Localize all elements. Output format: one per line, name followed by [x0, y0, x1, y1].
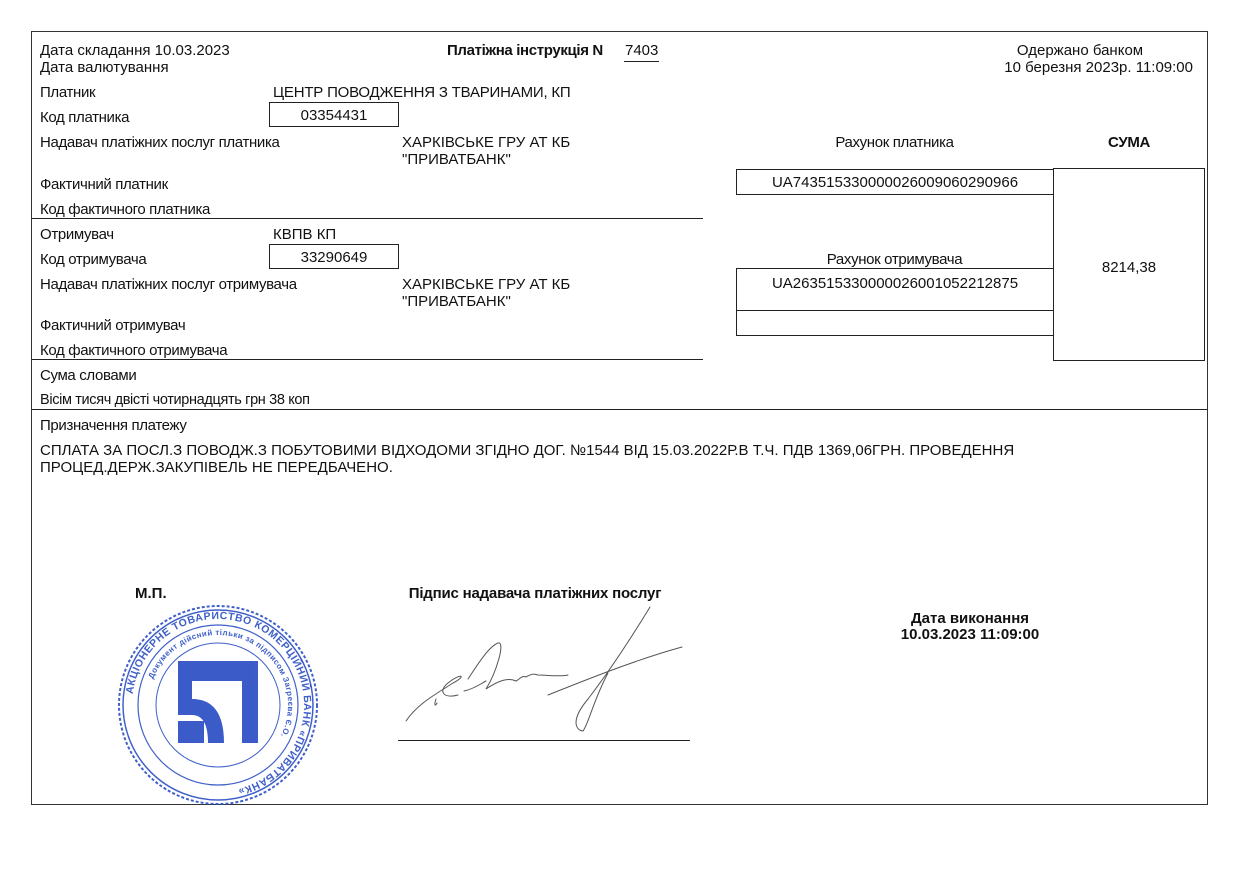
amount-label: СУМА	[1054, 134, 1204, 151]
purpose-line2: ПРОЦЕД.ДЕРЖ.ЗАКУПІВЕЛЬ НЕ ПЕРЕДБАЧЕНО.	[40, 459, 393, 476]
svg-text:АКЦІОНЕРНЕ ТОВАРИСТВО КОМЕРЦІЙ: АКЦІОНЕРНЕ ТОВАРИСТВО КОМЕРЦІЙНИЙ БАНК «…	[124, 610, 313, 798]
payer-section-divider	[32, 218, 703, 219]
date-compiled-value: 10.03.2023	[155, 42, 230, 59]
payer-bank-line1: ХАРКІВСЬКЕ ГРУ АТ КБ	[402, 134, 570, 151]
signature-line	[398, 740, 690, 741]
recipient-label: Отримувач	[40, 226, 114, 243]
execution-label: Дата виконання	[860, 610, 1080, 627]
date-compiled: Дата складання 10.03.2023	[40, 42, 230, 59]
recipient-name: КВПВ КП	[273, 226, 336, 243]
recipient-bank-line2: "ПРИВАТБАНК"	[402, 293, 511, 310]
payer-bank-label: Надавач платіжних послуг платника	[40, 134, 279, 151]
payer-code-field: 03354431	[269, 102, 399, 127]
received-label: Одержано банком	[980, 42, 1180, 59]
payer-label: Платник	[40, 84, 95, 101]
date-compiled-label: Дата складання	[40, 42, 151, 59]
amount-field: 8214,38	[1053, 168, 1205, 361]
actual-recipient-code-label: Код фактичного отримувача	[40, 342, 227, 359]
doc-title: Платіжна інструкція N	[447, 42, 603, 59]
recipient-account-label: Рахунок отримувача	[736, 251, 1053, 268]
signature-icon	[398, 603, 688, 738]
actual-recipient-label: Фактичний отримувач	[40, 317, 185, 334]
recipient-account-field: UA263515330000026001052212875	[736, 268, 1054, 311]
actual-payer-label: Фактичний платник	[40, 176, 168, 193]
payer-bank-line2: "ПРИВАТБАНК"	[402, 151, 511, 168]
signature-label: Підпис надавача платіжних послуг	[385, 585, 685, 602]
privatbank-stamp-icon: АКЦІОНЕРНЕ ТОВАРИСТВО КОМЕРЦІЙНИЙ БАНК «…	[116, 603, 320, 807]
recipient-code-label: Код отримувача	[40, 251, 146, 268]
recipient-bank-line1: ХАРКІВСЬКЕ ГРУ АТ КБ	[402, 276, 570, 293]
stamp-label: М.П.	[135, 585, 167, 602]
received-datetime: 10 березня 2023р. 11:09:00	[960, 59, 1193, 76]
recipient-code-field: 33290649	[269, 244, 399, 269]
doc-number: 7403	[624, 42, 659, 62]
amount-words: Вісім тисяч двісті чотирнадцять грн 38 к…	[40, 392, 310, 409]
amount-words-divider	[32, 409, 1207, 410]
recipient-section-divider	[32, 359, 703, 360]
value-date-label: Дата валютування	[40, 59, 169, 76]
payer-account-field: UA743515330000026009060290966	[736, 169, 1054, 195]
actual-payer-code-label: Код фактичного платника	[40, 201, 210, 218]
purpose-label: Призначення платежу	[40, 417, 187, 434]
payer-name: ЦЕНТР ПОВОДЖЕННЯ З ТВАРИНАМИ, КП	[273, 84, 571, 101]
amount-words-label: Сума словами	[40, 367, 136, 384]
execution-datetime: 10.03.2023 11:09:00	[860, 626, 1080, 643]
recipient-extra-account-field	[736, 310, 1054, 336]
purpose-line1: СПЛАТА ЗА ПОСЛ.З ПОВОДЖ.З ПОБУТОВИМИ ВІД…	[40, 442, 1014, 459]
payer-code-label: Код платника	[40, 109, 129, 126]
payer-account-label: Рахунок платника	[736, 134, 1053, 151]
recipient-bank-label: Надавач платіжних послуг отримувача	[40, 276, 297, 293]
